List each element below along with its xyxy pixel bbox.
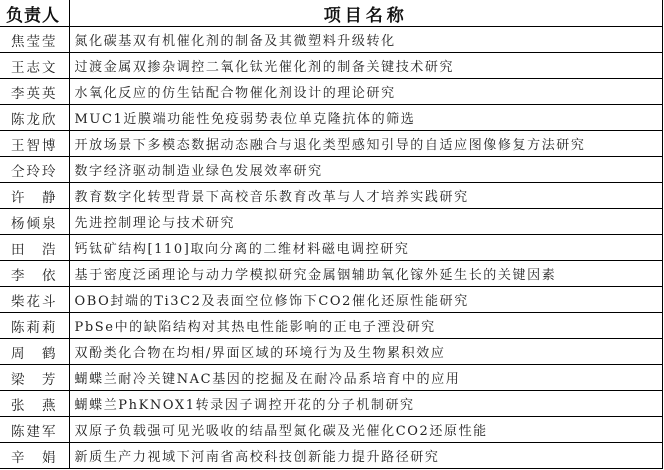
table-row: 张 燕蝴蝶兰PhKNOX1转录因子调控开花的分子机制研究 <box>0 391 663 417</box>
project-cell: 过渡金属双掺杂调控二氧化钛光催化剂的制备关键技术研究 <box>69 53 663 79</box>
project-cell: 基于密度泛函理论与动力学模拟研究金属铟辅助氧化镓外延生长的关键因素 <box>69 261 663 287</box>
table-header-row: 负责人 项目名称 <box>0 0 663 27</box>
table-row: 梁 芳蝴蝶兰耐冷关键NAC基因的挖掘及在耐冷品系培育中的应用 <box>0 365 663 391</box>
project-cell: OBO封端的Ti3C2及表面空位修饰下CO2催化还原性能研究 <box>69 287 663 313</box>
leader-cell: 陈龙欣 <box>0 105 69 131</box>
leader-cell: 许 静 <box>0 183 69 209</box>
leader-cell: 仝玲玲 <box>0 157 69 183</box>
leader-cell: 梁 芳 <box>0 365 69 391</box>
table-row: 辛 娟新质生产力视域下河南省高校科技创新能力提升路径研究 <box>0 443 663 469</box>
leader-cell: 李 依 <box>0 261 69 287</box>
table-row: 柴花斗OBO封端的Ti3C2及表面空位修饰下CO2催化还原性能研究 <box>0 287 663 313</box>
table-row: 李英英水氧化反应的仿生钴配合物催化剂设计的理论研究 <box>0 79 663 105</box>
leader-cell: 陈莉莉 <box>0 313 69 339</box>
leader-cell: 王志文 <box>0 53 69 79</box>
header-leader: 负责人 <box>0 0 69 27</box>
leader-cell: 柴花斗 <box>0 287 69 313</box>
leader-cell: 田 浩 <box>0 235 69 261</box>
table-row: 王智博开放场景下多模态数据动态融合与退化类型感知引导的自适应图像修复方法研究 <box>0 131 663 157</box>
leader-cell: 张 燕 <box>0 391 69 417</box>
project-cell: 钙钛矿结构[110]取向分离的二维材料磁电调控研究 <box>69 235 663 261</box>
project-cell: 水氧化反应的仿生钴配合物催化剂设计的理论研究 <box>69 79 663 105</box>
leader-cell: 李英英 <box>0 79 69 105</box>
project-cell: 双原子负载强可见光吸收的结晶型氮化碳及光催化CO2还原性能 <box>69 417 663 443</box>
project-cell: 蝴蝶兰耐冷关键NAC基因的挖掘及在耐冷品系培育中的应用 <box>69 365 663 391</box>
header-project: 项目名称 <box>69 0 663 27</box>
leader-cell: 周 鹤 <box>0 339 69 365</box>
table-row: 仝玲玲数字经济驱动制造业绿色发展效率研究 <box>0 157 663 183</box>
table-row: 田 浩钙钛矿结构[110]取向分离的二维材料磁电调控研究 <box>0 235 663 261</box>
table-row: 周 鹤双酚类化合物在均相/界面区域的环境行为及生物累积效应 <box>0 339 663 365</box>
leader-cell: 陈建军 <box>0 417 69 443</box>
table-body: 焦莹莹氮化碳基双有机催化剂的制备及其微塑料升级转化王志文过渡金属双掺杂调控二氧化… <box>0 27 663 469</box>
table-row: 陈龙欣MUC1近膜端功能性免疫弱势表位单克隆抗体的筛选 <box>0 105 663 131</box>
leader-cell: 焦莹莹 <box>0 27 69 53</box>
leader-cell: 杨倾泉 <box>0 209 69 235</box>
table-row: 焦莹莹氮化碳基双有机催化剂的制备及其微塑料升级转化 <box>0 27 663 53</box>
table-row: 许 静教育数字化转型背景下高校音乐教育改革与人才培养实践研究 <box>0 183 663 209</box>
leader-cell: 辛 娟 <box>0 443 69 469</box>
project-cell: 先进控制理论与技术研究 <box>69 209 663 235</box>
table-row: 陈建军双原子负载强可见光吸收的结晶型氮化碳及光催化CO2还原性能 <box>0 417 663 443</box>
leader-cell: 王智博 <box>0 131 69 157</box>
project-cell: PbSe中的缺陷结构对其热电性能影响的正电子湮没研究 <box>69 313 663 339</box>
project-cell: MUC1近膜端功能性免疫弱势表位单克隆抗体的筛选 <box>69 105 663 131</box>
project-cell: 双酚类化合物在均相/界面区域的环境行为及生物累积效应 <box>69 339 663 365</box>
project-cell: 新质生产力视域下河南省高校科技创新能力提升路径研究 <box>69 443 663 469</box>
project-cell: 数字经济驱动制造业绿色发展效率研究 <box>69 157 663 183</box>
table-row: 李 依基于密度泛函理论与动力学模拟研究金属铟辅助氧化镓外延生长的关键因素 <box>0 261 663 287</box>
project-table: 负责人 项目名称 焦莹莹氮化碳基双有机催化剂的制备及其微塑料升级转化王志文过渡金… <box>0 0 663 469</box>
project-cell: 氮化碳基双有机催化剂的制备及其微塑料升级转化 <box>69 27 663 53</box>
project-cell: 开放场景下多模态数据动态融合与退化类型感知引导的自适应图像修复方法研究 <box>69 131 663 157</box>
project-cell: 蝴蝶兰PhKNOX1转录因子调控开花的分子机制研究 <box>69 391 663 417</box>
table-row: 陈莉莉PbSe中的缺陷结构对其热电性能影响的正电子湮没研究 <box>0 313 663 339</box>
table-row: 王志文过渡金属双掺杂调控二氧化钛光催化剂的制备关键技术研究 <box>0 53 663 79</box>
project-cell: 教育数字化转型背景下高校音乐教育改革与人才培养实践研究 <box>69 183 663 209</box>
table-row: 杨倾泉先进控制理论与技术研究 <box>0 209 663 235</box>
